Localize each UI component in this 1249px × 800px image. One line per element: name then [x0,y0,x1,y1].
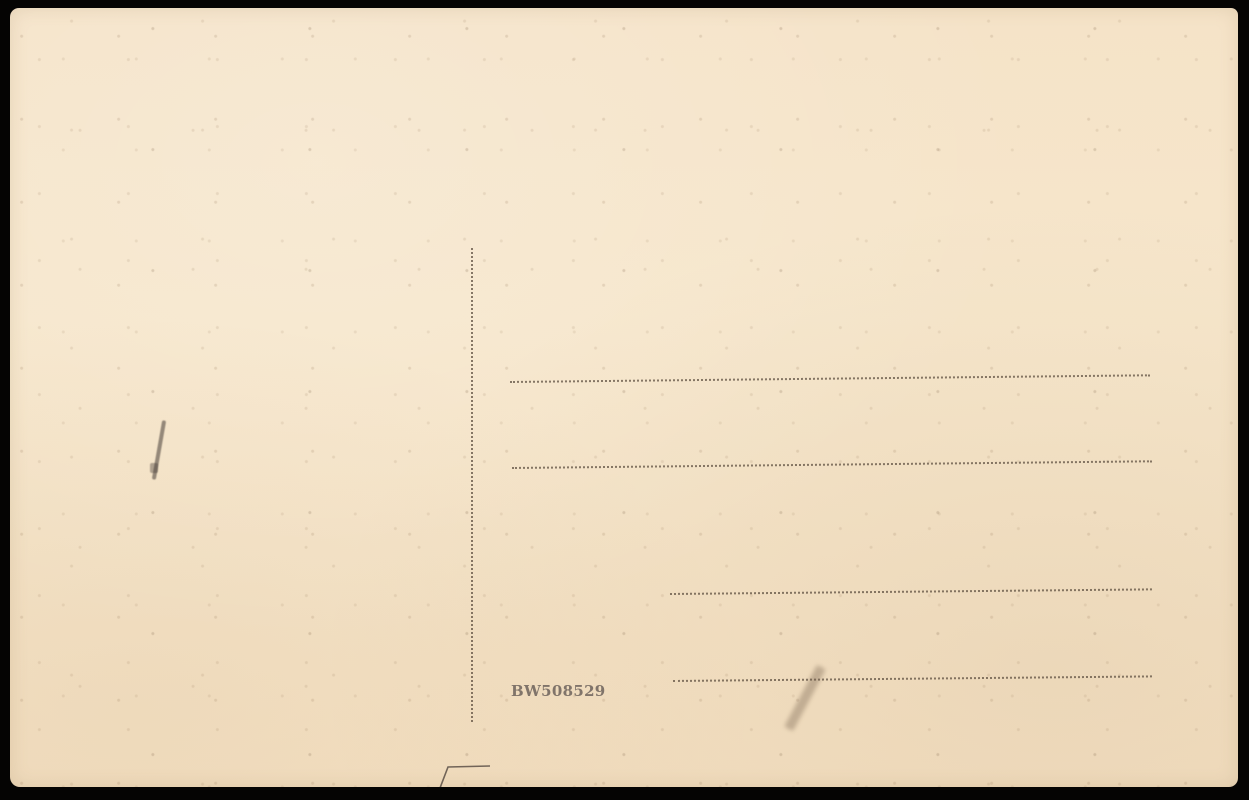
ink-smudge [150,463,158,473]
scan-background: BW508529 [0,0,1249,800]
pencil-mark-icon [438,763,494,787]
postcard-back: BW508529 [10,8,1238,787]
message-address-divider [471,248,473,722]
serial-number: BW508529 [511,682,606,700]
paper-texture [10,8,1238,787]
